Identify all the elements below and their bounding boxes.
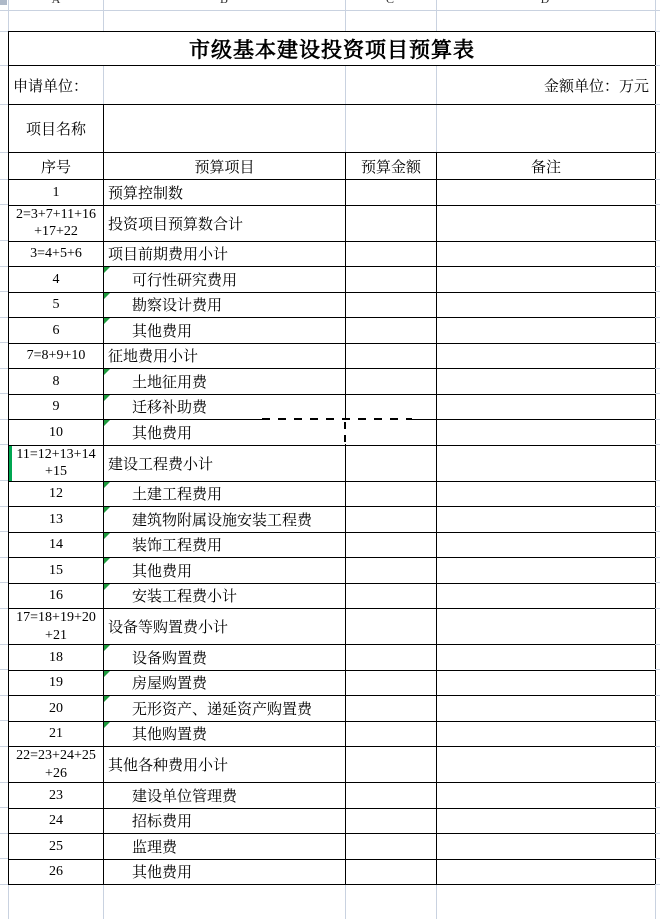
remark-cell[interactable]	[437, 180, 656, 206]
serial-cell[interactable]: 25	[9, 834, 104, 860]
item-cell[interactable]: 其他费用	[104, 318, 346, 344]
serial-cell[interactable]: 18	[9, 645, 104, 671]
remark-cell[interactable]	[437, 343, 656, 369]
dashed-line-vertical	[343, 422, 348, 444]
item-cell[interactable]: 无形资产、递延资产购置费	[104, 696, 346, 722]
serial-cell[interactable]: 9	[9, 394, 104, 420]
remark-cell[interactable]	[437, 808, 656, 834]
item-cell[interactable]: 其他购置费	[104, 721, 346, 747]
item-label: 勘察设计费用	[132, 298, 222, 314]
project-name-row: 项目名称	[9, 105, 656, 153]
empty-cell[interactable]	[437, 105, 656, 153]
item-label: 可行性研究费用	[132, 273, 237, 289]
remark-cell[interactable]	[437, 481, 656, 507]
column-header-seq[interactable]: 序号	[9, 153, 104, 180]
table-row: 26 其他费用	[9, 859, 656, 885]
dashed-line-horizontal	[262, 418, 412, 423]
serial-cell[interactable]: 13	[9, 507, 104, 533]
amount-cell[interactable]	[346, 721, 437, 747]
remark-cell[interactable]	[437, 670, 656, 696]
comment-indicator-icon	[104, 584, 110, 590]
project-name-label: 项目名称	[26, 122, 86, 138]
table-row: 6 其他费用	[9, 318, 656, 344]
serial-cell[interactable]: 21	[9, 721, 104, 747]
serial-cell[interactable]: 10	[9, 420, 104, 446]
item-cell[interactable]: 土地征用费	[104, 369, 346, 395]
table-row: 21 其他购置费	[9, 721, 656, 747]
table-row: 4 可行性研究费用	[9, 267, 656, 293]
item-label: 预算控制数	[108, 186, 183, 202]
item-label: 建设工程费小计	[108, 457, 213, 473]
amount-cell[interactable]	[346, 318, 437, 344]
spreadsheet-view: ABCD 市级基本建设投资项目预算表 申请单位： 金额单位：万元	[0, 0, 660, 919]
serial-cell[interactable]: 16	[9, 583, 104, 609]
remark-cell[interactable]	[437, 859, 656, 885]
table-row: 17=18+19+20 +21 设备等购置费小计	[9, 609, 656, 645]
amount-cell[interactable]	[346, 609, 437, 645]
remark-cell[interactable]	[437, 783, 656, 809]
serial-cell[interactable]: 26	[9, 859, 104, 885]
item-cell[interactable]: 建筑物附属设施安装工程费	[104, 507, 346, 533]
item-label: 其他费用	[132, 324, 192, 340]
serial-cell[interactable]: 19	[9, 670, 104, 696]
item-cell[interactable]: 其他费用	[104, 420, 346, 446]
serial-cell[interactable]: 22=23+24+25 +26	[9, 747, 104, 783]
comment-indicator-icon	[104, 482, 110, 488]
item-label: 监理费	[132, 840, 177, 856]
table-row: 9 迁移补助费	[9, 394, 656, 420]
serial-cell[interactable]: 4	[9, 267, 104, 293]
item-cell[interactable]: 其他费用	[104, 859, 346, 885]
amount-cell[interactable]	[346, 420, 437, 446]
serial-cell[interactable]: 7=8+9+10	[9, 343, 104, 369]
table-row: 3=4+5+6 项目前期费用小计	[9, 241, 656, 267]
amount-cell[interactable]	[346, 394, 437, 420]
item-label: 土地征用费	[132, 375, 207, 391]
remark-cell[interactable]	[437, 645, 656, 671]
table-row: 12 土建工程费用	[9, 481, 656, 507]
amount-cell[interactable]	[346, 645, 437, 671]
item-label: 招标费用	[132, 814, 192, 830]
column-header-A[interactable]: A	[52, 0, 61, 5]
comment-indicator-icon	[104, 395, 110, 401]
comment-indicator-icon	[104, 722, 110, 728]
budget-table-wrap: 市级基本建设投资项目预算表 申请单位： 金额单位：万元 项目名称	[8, 31, 656, 885]
amount-cell[interactable]	[346, 696, 437, 722]
item-cell[interactable]: 预算控制数	[104, 180, 346, 206]
table-row: 1 预算控制数	[9, 180, 656, 206]
table-row: 2=3+7+11+16 +17+22 投资项目预算数合计	[9, 205, 656, 241]
amount-cell[interactable]	[346, 834, 437, 860]
item-label: 征地费用小计	[108, 349, 198, 365]
item-cell[interactable]: 其他各种费用小计	[104, 747, 346, 783]
remark-cell[interactable]	[437, 394, 656, 420]
serial-cell[interactable]: 12	[9, 481, 104, 507]
table-header-row: 序号 预算项目 预算金额 备注	[9, 153, 656, 180]
remark-cell[interactable]	[437, 267, 656, 293]
item-cell[interactable]: 勘察设计费用	[104, 292, 346, 318]
amount-cell[interactable]	[346, 241, 437, 267]
item-label: 土建工程费用	[132, 487, 222, 503]
serial-cell[interactable]: 14	[9, 532, 104, 558]
comment-indicator-icon	[104, 318, 110, 324]
serial-cell[interactable]: 11=12+13+14 +15	[9, 445, 104, 481]
item-cell[interactable]: 监理费	[104, 834, 346, 860]
amount-cell[interactable]	[346, 583, 437, 609]
item-cell[interactable]: 征地费用小计	[104, 343, 346, 369]
applicant-value-cell[interactable]	[104, 66, 346, 105]
serial-cell[interactable]: 1	[9, 180, 104, 206]
item-cell[interactable]: 可行性研究费用	[104, 267, 346, 293]
table-row: 20 无形资产、递延资产购置费	[9, 696, 656, 722]
amount-cell[interactable]	[346, 558, 437, 584]
comment-indicator-icon	[104, 293, 110, 299]
sheet-title: 市级基本建设投资项目预算表	[189, 39, 475, 62]
remark-cell[interactable]	[437, 747, 656, 783]
empty-cell[interactable]	[346, 66, 437, 105]
comment-indicator-icon	[104, 369, 110, 375]
comment-indicator-icon	[104, 558, 110, 564]
serial-cell[interactable]: 17=18+19+20 +21	[9, 609, 104, 645]
column-header-remark[interactable]: 备注	[437, 153, 656, 180]
item-label: 项目前期费用小计	[108, 247, 228, 263]
item-label: 安装工程费小计	[132, 589, 237, 605]
table-row: 23 建设单位管理费	[9, 783, 656, 809]
amount-cell[interactable]	[346, 532, 437, 558]
item-cell[interactable]: 建设工程费小计	[104, 445, 346, 481]
table-row: 13 建筑物附属设施安装工程费	[9, 507, 656, 533]
remark-cell[interactable]	[437, 721, 656, 747]
amount-unit-label: 金额单位：万元	[544, 79, 649, 95]
empty-cell[interactable]	[346, 105, 437, 153]
remark-cell[interactable]	[437, 558, 656, 584]
serial-cell[interactable]: 6	[9, 318, 104, 344]
remark-cell[interactable]	[437, 369, 656, 395]
item-label: 其他购置费	[132, 727, 207, 743]
amount-cell[interactable]	[346, 747, 437, 783]
remark-cell[interactable]	[437, 241, 656, 267]
item-label: 其他费用	[132, 564, 192, 580]
item-cell[interactable]: 建设单位管理费	[104, 783, 346, 809]
amount-cell[interactable]	[346, 292, 437, 318]
serial-cell[interactable]: 24	[9, 808, 104, 834]
amount-cell[interactable]	[346, 481, 437, 507]
remark-cell[interactable]	[437, 609, 656, 645]
item-label: 装饰工程费用	[132, 538, 222, 554]
table-row: 25 监理费	[9, 834, 656, 860]
project-name-label-cell[interactable]: 项目名称	[9, 105, 104, 153]
table-row: 5 勘察设计费用	[9, 292, 656, 318]
table-row: 14 装饰工程费用	[9, 532, 656, 558]
column-header-D[interactable]: D	[541, 0, 550, 5]
table-row: 8 土地征用费	[9, 369, 656, 395]
serial-cell[interactable]: 20	[9, 696, 104, 722]
item-cell[interactable]: 设备等购置费小计	[104, 609, 346, 645]
item-cell[interactable]: 设备购置费	[104, 645, 346, 671]
item-cell[interactable]: 迁移补助费	[104, 394, 346, 420]
comment-indicator-icon	[104, 420, 110, 426]
remark-cell[interactable]	[437, 445, 656, 481]
item-label: 设备等购置费小计	[108, 620, 228, 636]
table-row: 16 安装工程费小计	[9, 583, 656, 609]
table-row: 15 其他费用	[9, 558, 656, 584]
amount-cell[interactable]	[346, 507, 437, 533]
column-header-C[interactable]: C	[386, 0, 394, 5]
item-cell[interactable]: 安装工程费小计	[104, 583, 346, 609]
comment-indicator-icon	[104, 533, 110, 539]
table-row: 22=23+24+25 +26 其他各种费用小计	[9, 747, 656, 783]
amount-cell[interactable]	[346, 369, 437, 395]
item-label: 投资项目预算数合计	[108, 217, 243, 233]
item-label: 设备购置费	[132, 651, 207, 667]
item-cell[interactable]: 土建工程费用	[104, 481, 346, 507]
remark-cell[interactable]	[437, 834, 656, 860]
column-header-item[interactable]: 预算项目	[104, 153, 346, 180]
column-header-B[interactable]: B	[220, 0, 228, 5]
comment-indicator-icon	[104, 645, 110, 651]
serial-cell[interactable]: 5	[9, 292, 104, 318]
comment-indicator-icon	[104, 671, 110, 677]
amount-cell[interactable]	[346, 808, 437, 834]
serial-cell[interactable]: 8	[9, 369, 104, 395]
item-label: 房屋购置费	[132, 676, 207, 692]
remark-cell[interactable]	[437, 507, 656, 533]
active-cell-green-border	[9, 446, 12, 481]
remark-cell[interactable]	[437, 532, 656, 558]
table-row: 10 其他费用	[9, 420, 656, 446]
serial-cell[interactable]: 3=4+5+6	[9, 241, 104, 267]
amount-cell[interactable]	[346, 783, 437, 809]
comment-indicator-icon	[104, 696, 110, 702]
item-label: 迁移补助费	[132, 400, 207, 416]
budget-table: 市级基本建设投资项目预算表 申请单位： 金额单位：万元 项目名称	[8, 31, 656, 885]
item-label: 其他费用	[132, 426, 192, 442]
amount-cell[interactable]	[346, 180, 437, 206]
table-row: 11=12+13+14 +15 建设工程费小计	[9, 445, 656, 481]
item-cell[interactable]: 招标费用	[104, 808, 346, 834]
column-header-amount[interactable]: 预算金额	[346, 153, 437, 180]
table-row: 19 房屋购置费	[9, 670, 656, 696]
item-label: 无形资产、递延资产购置费	[132, 702, 312, 718]
sheet-title-cell[interactable]: 市级基本建设投资项目预算表	[9, 32, 656, 66]
remark-cell[interactable]	[437, 205, 656, 241]
applicant-row: 申请单位： 金额单位：万元	[9, 66, 656, 105]
serial-cell[interactable]: 2=3+7+11+16 +17+22	[9, 205, 104, 241]
remark-cell[interactable]	[437, 420, 656, 446]
applicant-label-cell[interactable]: 申请单位：	[9, 66, 104, 105]
amount-cell[interactable]	[346, 670, 437, 696]
amount-cell[interactable]	[346, 859, 437, 885]
amount-cell[interactable]	[346, 445, 437, 481]
amount-cell[interactable]	[346, 205, 437, 241]
title-row: 市级基本建设投资项目预算表	[9, 32, 656, 66]
item-cell[interactable]: 房屋购置费	[104, 670, 346, 696]
column-letters-bar: ABCD	[0, 0, 660, 10]
remark-cell[interactable]	[437, 696, 656, 722]
amount-unit-cell[interactable]: 金额单位：万元	[437, 66, 656, 105]
item-label: 建筑物附属设施安装工程费	[132, 513, 312, 529]
item-cell[interactable]: 其他费用	[104, 558, 346, 584]
table-row: 24 招标费用	[9, 808, 656, 834]
table-row: 7=8+9+10 征地费用小计	[9, 343, 656, 369]
item-cell[interactable]: 装饰工程费用	[104, 532, 346, 558]
remark-cell[interactable]	[437, 583, 656, 609]
serial-cell[interactable]: 23	[9, 783, 104, 809]
item-cell[interactable]: 投资项目预算数合计	[104, 205, 346, 241]
item-cell[interactable]: 项目前期费用小计	[104, 241, 346, 267]
serial-cell[interactable]: 15	[9, 558, 104, 584]
remark-cell[interactable]	[437, 292, 656, 318]
comment-indicator-icon	[104, 267, 110, 273]
project-name-value-cell[interactable]	[104, 105, 346, 153]
amount-cell[interactable]	[346, 267, 437, 293]
comment-indicator-icon	[104, 507, 110, 513]
remark-cell[interactable]	[437, 318, 656, 344]
item-label: 其他费用	[132, 865, 192, 881]
item-label: 建设单位管理费	[132, 789, 237, 805]
applicant-label: 申请单位：	[13, 79, 88, 95]
amount-cell[interactable]	[346, 343, 437, 369]
item-label: 其他各种费用小计	[108, 758, 228, 774]
table-row: 18 设备购置费	[9, 645, 656, 671]
